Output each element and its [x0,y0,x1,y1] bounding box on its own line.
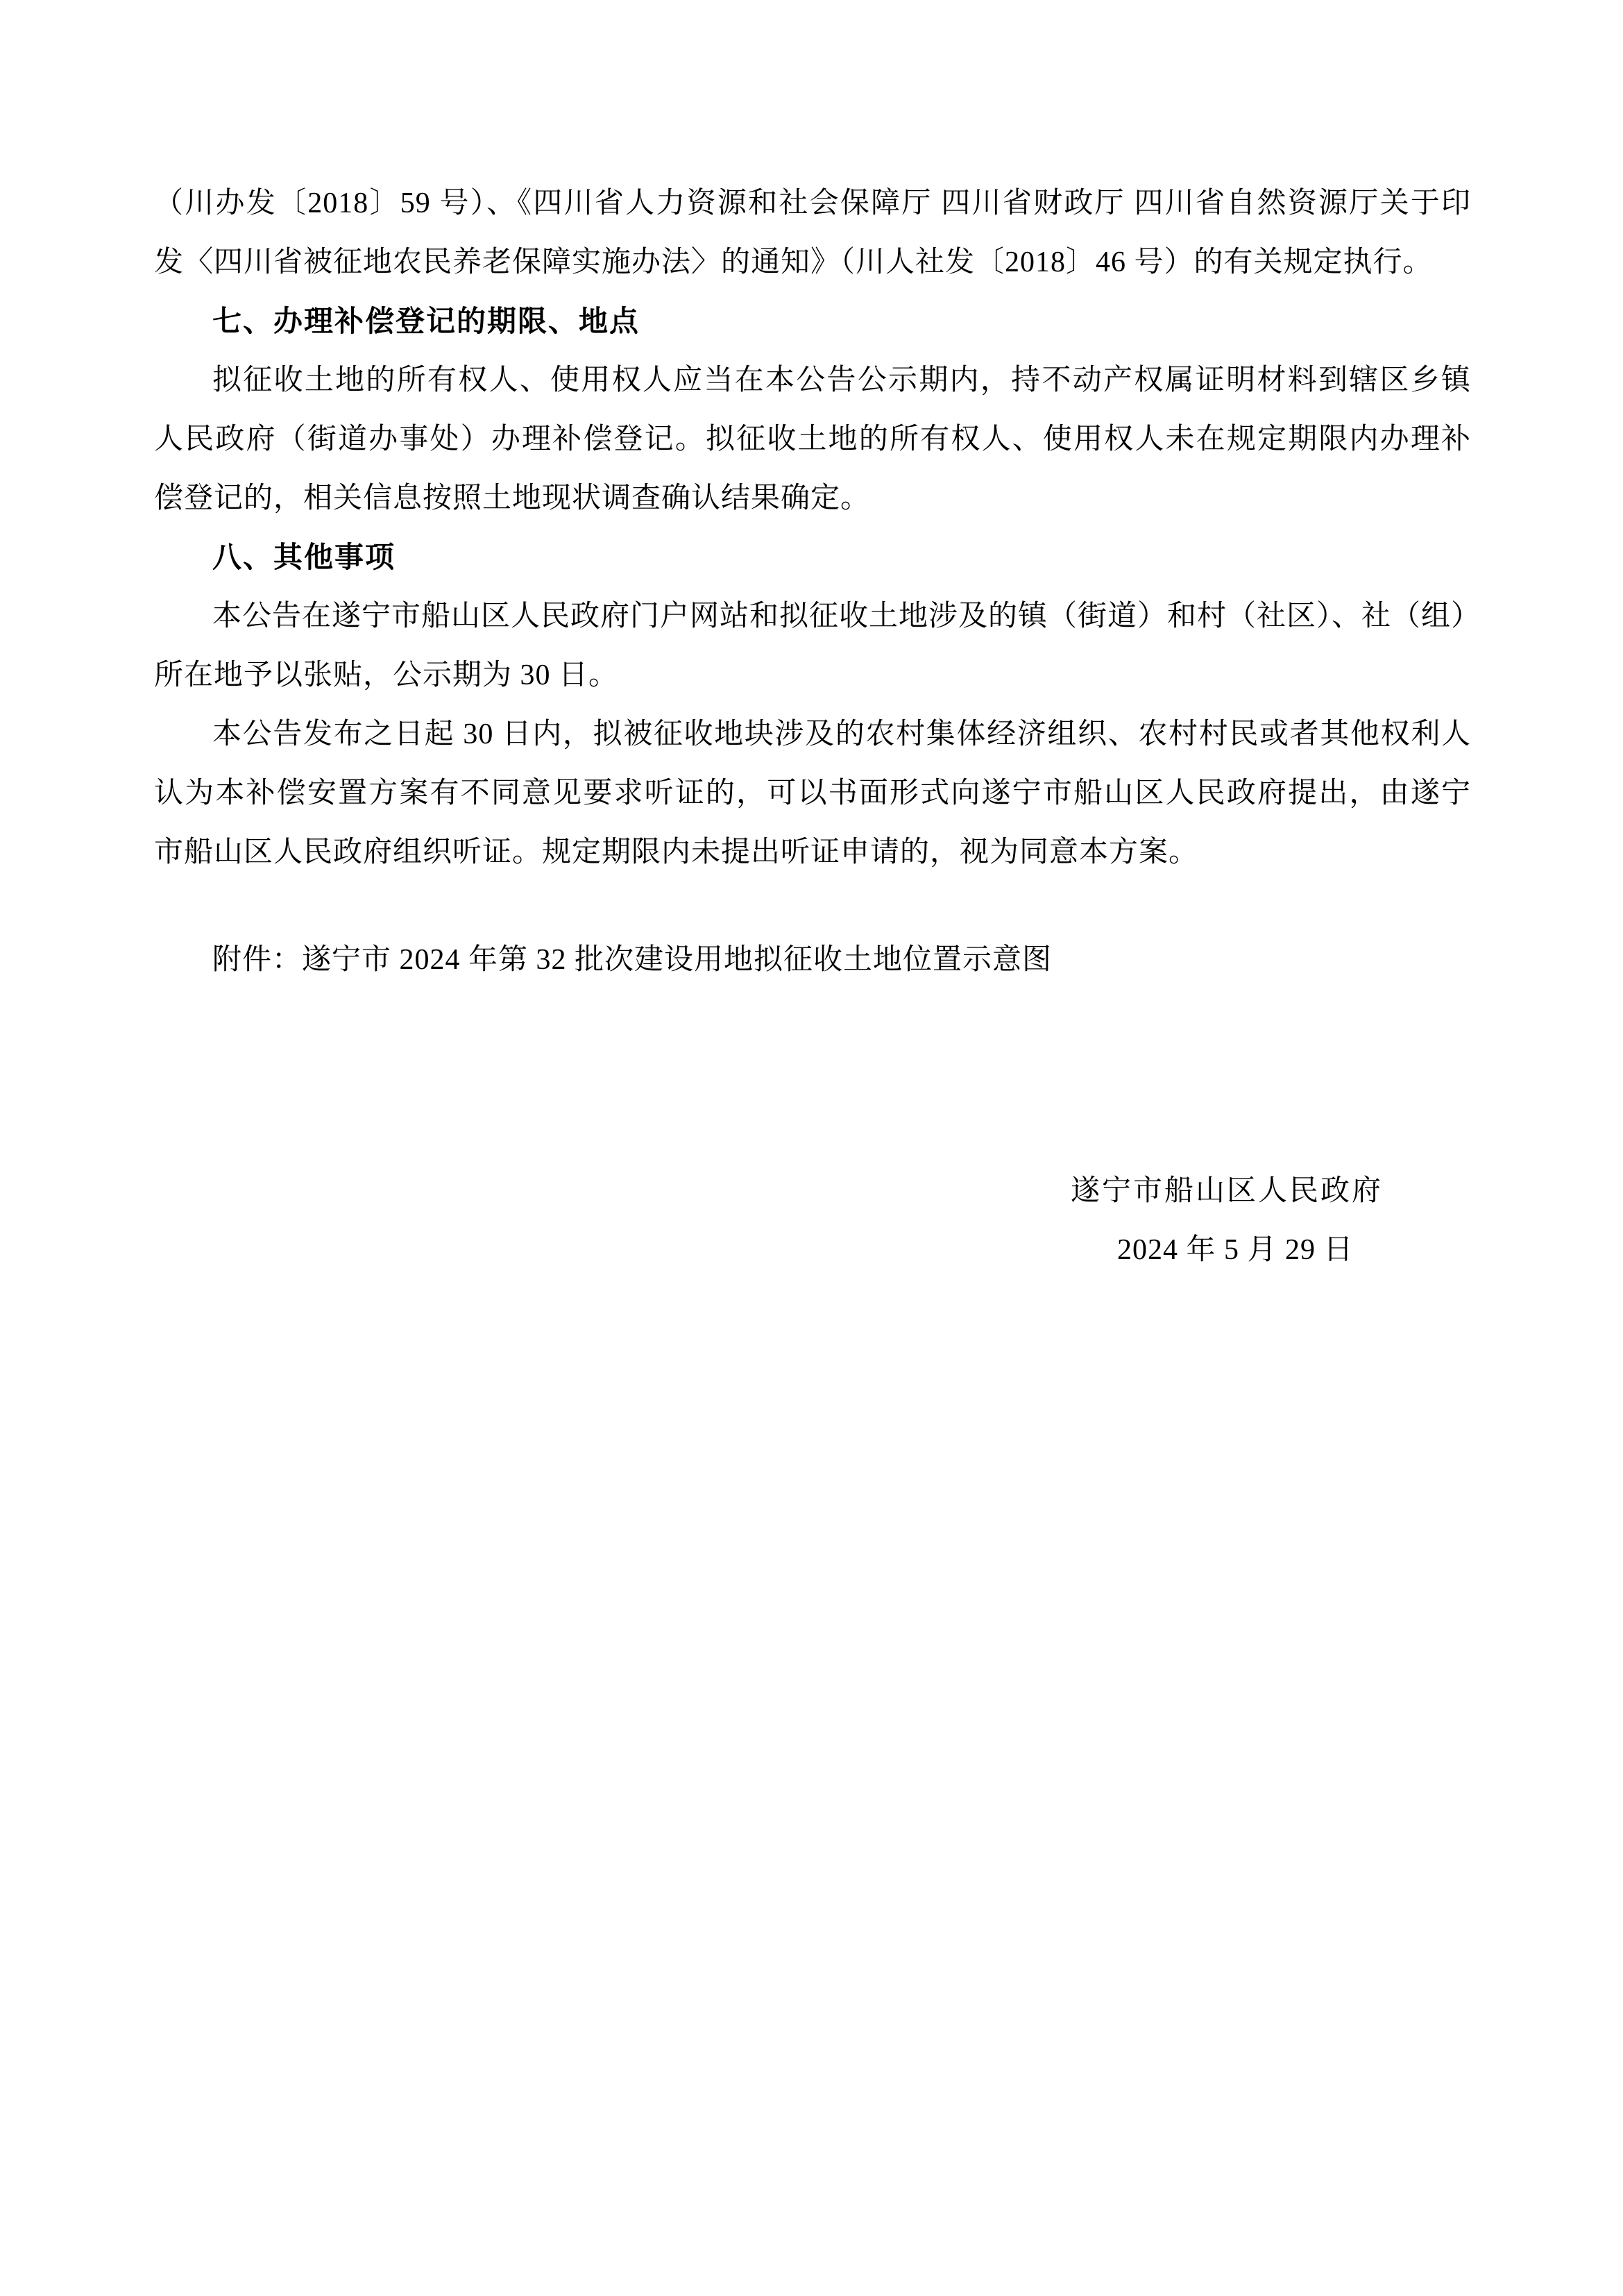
notice-document-page: （川办发〔2018〕59 号）、《四川省人力资源和社会保障厅 四川省财政厅 四川… [0,0,1623,2296]
section-heading-7: 七、办理补偿登记的期限、地点 [154,303,640,339]
attachment-note: 附件：遂宁市 2024 年第 32 批次建设用地拟征收土地位置示意图 [154,942,1052,978]
paragraph-line: 偿登记的，相关信息按照土地现状调查确认结果确定。 [154,480,870,516]
paragraph-line: 市船山区人民政府组织听证。规定期限内未提出听证申请的，视为同意本方案。 [154,834,1198,870]
section-heading-8: 八、其他事项 [154,539,396,575]
paragraph-line: 拟征收土地的所有权人、使用权人应当在本公告公示期内，持不动产权属证明材料到辖区乡… [154,362,1471,398]
paragraph-line: 所在地予以张贴，公示期为 30 日。 [154,657,618,693]
paragraph-line: 认为本补偿安置方案有不同意见要求听证的，可以书面形式向遂宁市船山区人民政府提出，… [154,775,1471,811]
issuer-signature: 遂宁市船山区人民政府 [1071,1173,1383,1209]
paragraph-line: 本公告发布之日起 30 日内，拟被征收地块涉及的农村集体经济组织、农村村民或者其… [154,716,1471,752]
issue-date: 2024 年 5 月 29 日 [1117,1232,1354,1268]
paragraph-line: 本公告在遂宁市船山区人民政府门户网站和拟征收土地涉及的镇（街道）和村（社区）、社… [154,598,1471,634]
paragraph-line: 人民政府（街道办事处）办理补偿登记。拟征收土地的所有权人、使用权人未在规定期限内… [154,421,1471,457]
paragraph-line: （川办发〔2018〕59 号）、《四川省人力资源和社会保障厅 四川省财政厅 四川… [154,185,1471,221]
paragraph-line: 发〈四川省被征地农民养老保障实施办法〉的通知》（川人社发〔2018〕46 号）的… [154,244,1433,280]
